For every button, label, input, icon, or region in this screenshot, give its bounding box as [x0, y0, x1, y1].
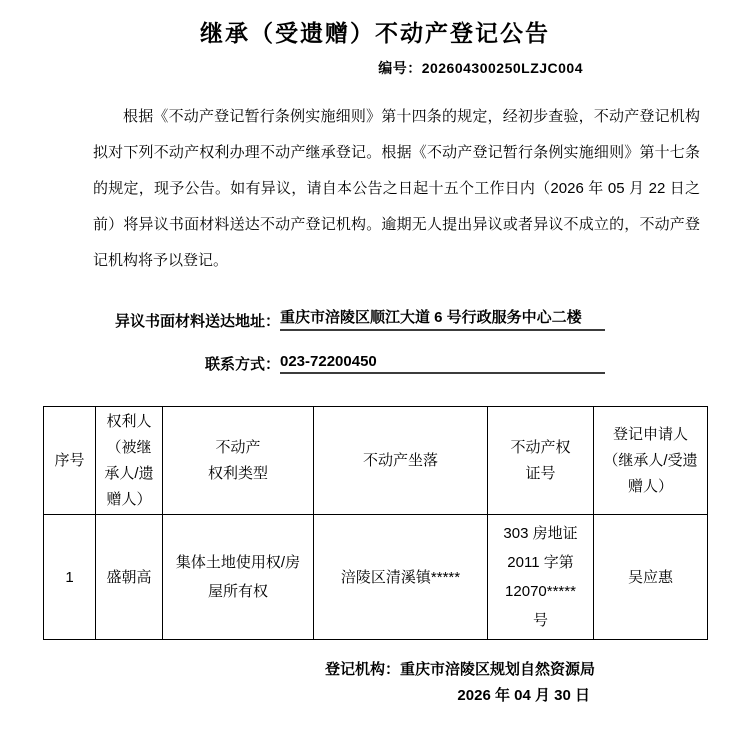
table-row: 1 盛朝高 集体土地使用权/房 屋所有权 涪陵区清溪镇***** 303 房地证… [44, 515, 708, 640]
notice-body: 根据《不动产登记暂行条例实施细则》第十四条的规定，经初步查验，不动产登记机构 拟… [93, 99, 700, 279]
cell-applicant: 吴应惠 [594, 515, 708, 640]
contact-value: 023-72200450 [280, 353, 605, 374]
doc-number: 编号：202604300250LZJC004 [0, 58, 750, 78]
notice-date: 2026 年 04 月 30 日 [0, 683, 750, 709]
body-line: 前）将异议书面材料送达不动产登记机构。逾期无人提出异议或者异议不成立的，不动产登 [93, 207, 700, 243]
body-line: 拟对下列不动产权利办理不动产继承登记。根据《不动产登记暂行条例实施细则》第十七条 [93, 135, 700, 171]
address-value: 重庆市涪陵区顺江大道 6 号行政服务中心二楼 [280, 306, 605, 331]
header-applicant: 登记申请人 （继承人/受遗 赠人） [594, 407, 708, 515]
table-header-row: 序号 权利人 （被继 承人/遗 赠人） 不动产 权利类型 不动产坐落 不动产权 … [44, 407, 708, 515]
contact-field: 联系方式： 023-72200450 [0, 350, 750, 374]
page-title: 继承（受遗赠）不动产登记公告 [0, 0, 750, 48]
address-field: 异议书面材料送达地址： 重庆市涪陵区顺江大道 6 号行政服务中心二楼 [0, 307, 750, 331]
header-holder: 权利人 （被继 承人/遗 赠人） [96, 407, 163, 515]
header-right-type: 不动产 权利类型 [163, 407, 314, 515]
cell-holder: 盛朝高 [96, 515, 163, 640]
notice-document: 继承（受遗赠）不动产登记公告 编号：202604300250LZJC004 根据… [0, 0, 750, 729]
address-label: 异议书面材料送达地址： [0, 310, 280, 331]
cell-seq: 1 [44, 515, 96, 640]
body-line: 根据《不动产登记暂行条例实施细则》第十四条的规定，经初步查验，不动产登记机构 [93, 99, 700, 135]
cell-right-type: 集体土地使用权/房 屋所有权 [163, 515, 314, 640]
header-cert-no: 不动产权 证号 [488, 407, 594, 515]
body-line: 记机构将予以登记。 [93, 243, 700, 279]
header-seq: 序号 [44, 407, 96, 515]
registration-table: 序号 权利人 （被继 承人/遗 赠人） 不动产 权利类型 不动产坐落 不动产权 … [43, 406, 708, 640]
contact-fields: 异议书面材料送达地址： 重庆市涪陵区顺江大道 6 号行政服务中心二楼 联系方式：… [0, 307, 750, 374]
registry-agency: 登记机构：重庆市涪陵区规划自然资源局 [0, 657, 750, 683]
cell-location: 涪陵区清溪镇***** [314, 515, 488, 640]
header-location: 不动产坐落 [314, 407, 488, 515]
notice-footer: 登记机构：重庆市涪陵区规划自然资源局 2026 年 04 月 30 日 [0, 657, 750, 709]
body-line: 的规定，现予公告。如有异议，请自本公告之日起十五个工作日内（2026 年 05 … [93, 171, 700, 207]
cell-cert-no: 303 房地证 2011 字第 12070***** 号 [488, 515, 594, 640]
contact-label: 联系方式： [0, 353, 280, 374]
